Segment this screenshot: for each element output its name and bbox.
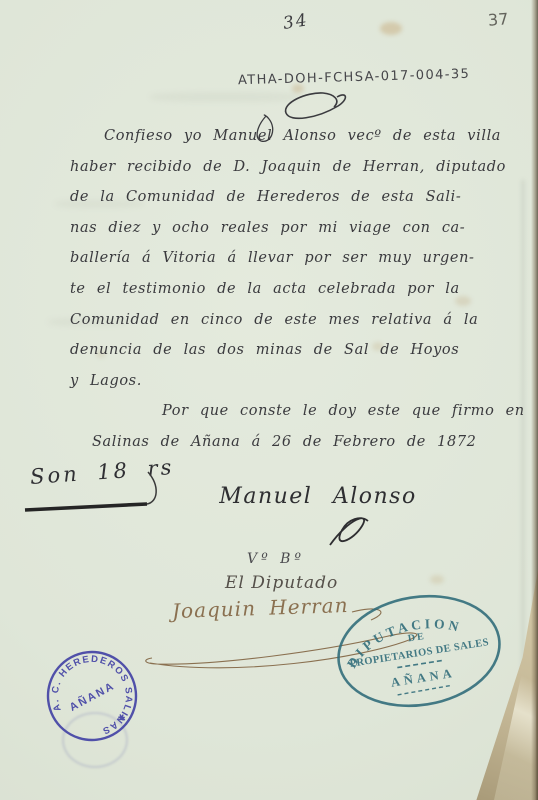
body-line: Comunidad en cinco de este mes relativa … <box>70 312 532 343</box>
body-line: nas diez y ocho reales por mi viage con … <box>70 220 532 251</box>
paper-stain <box>430 575 444 584</box>
scan-right-edge <box>531 0 538 800</box>
round-stamp-center-text: AÑANA <box>67 679 117 714</box>
body-line: te el testimonio de la acta celebrada po… <box>70 281 532 312</box>
approver-title: El Diputado <box>225 573 338 593</box>
visto-bueno-label: Vº Bº <box>247 551 305 567</box>
letter-body: Confieso yo Manuel Alonso vecº de esta v… <box>70 128 532 465</box>
oval-stamp-de: DE <box>407 631 426 645</box>
margin-note-underline <box>25 504 147 510</box>
signature-joaquin-herran: Joaquin Herran <box>172 593 349 623</box>
alonso-rubric <box>330 518 368 545</box>
body-line: de la Comunidad de Herederos de esta Sal… <box>70 189 532 220</box>
folio-number: 34 <box>282 10 310 34</box>
body-line: Confieso yo Manuel Alonso vecº de esta v… <box>70 128 532 159</box>
body-line: haber recibido de D. Joaquin de Herran, … <box>70 159 532 190</box>
paper-stain <box>380 22 402 35</box>
closing-line: Por que conste le doy este que firmo en <box>70 403 532 434</box>
body-line: ballería á Vitoria á llevar por ser muy … <box>70 250 532 281</box>
body-line: y Lagos. <box>70 373 532 404</box>
margin-amount-note: Son 18 rs <box>29 455 175 489</box>
scanned-document-page: 34 37 ATHA-DOH-FCHSA-017-004-35 Confieso… <box>0 0 538 800</box>
corner-page-number: 37 <box>487 9 509 29</box>
archive-reference: ATHA-DOH-FCHSA-017-004-35 <box>238 67 471 88</box>
body-line: denuncia de las dos minas de Sal de Hoyo… <box>70 342 532 373</box>
signature-manuel-alonso: Manuel Alonso <box>198 484 438 509</box>
ghost-stamp-impression <box>62 712 128 768</box>
ink-bleedthrough <box>150 92 300 102</box>
oval-stamp-diputacion: DIPUTACION DE PROPIETARIOS DE SALES AÑAN… <box>325 579 513 722</box>
